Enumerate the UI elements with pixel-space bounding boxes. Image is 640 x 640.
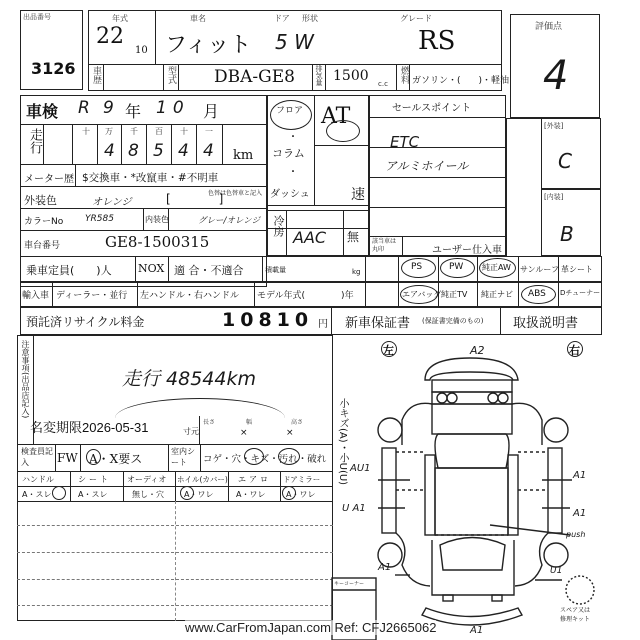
model-code: DBA-GE8 (214, 67, 295, 87)
part-value-1: A・スレ (78, 489, 107, 500)
interior-seat-options: コゲ・穴・キズ・汚れ・破れ (203, 451, 326, 465)
nox-options: 適 合・不適合 (174, 262, 244, 278)
displacement-value: 1500 (333, 68, 369, 84)
mileage-digit-2: 8 (128, 141, 139, 161)
lot-number: 3126 (31, 59, 76, 78)
exterior-grade-box: [外装] C (541, 118, 601, 189)
car-name: フィット (165, 28, 251, 59)
mileage-unit: km (233, 148, 253, 163)
month-value: 10 (135, 45, 148, 56)
fuel-options: ガソリン・( )・軽油 (412, 73, 509, 86)
interior-grade-box: [内装] B (541, 189, 601, 256)
width-label: 幅 (246, 417, 252, 426)
equip-pw: PW (449, 262, 463, 272)
interior-seat-label: 室内シート (171, 446, 199, 468)
part-value-4: A・ワレ (236, 489, 265, 500)
handle-options: 左ハンドル・右ハンドル (140, 288, 239, 301)
dot2: ・ (288, 163, 298, 178)
lot-box: 出品番号 3126 (20, 10, 83, 90)
sales-point-2: アルミホイール (385, 157, 468, 174)
displacement-label: 排気量 (314, 65, 324, 86)
sales-points-label: セールスポイント (392, 99, 471, 114)
fw-label: FW (57, 451, 78, 465)
mark-left-front-door: AU1 (350, 463, 371, 474)
year-value: 22 (96, 24, 124, 49)
car-diagram (330, 330, 640, 640)
interior-color-label: 内装色 (145, 214, 169, 225)
mileage-digit-1: 4 (104, 141, 115, 161)
equip-leather: 革シート (561, 264, 593, 275)
dealer-options: ディーラー・並行 (56, 288, 127, 301)
color-change-note: 色替は色替車と記入 (208, 190, 264, 198)
column-label: コラム (272, 145, 305, 161)
part-value-0: A・スレ (22, 489, 51, 500)
import-label: 輸入車 (22, 288, 49, 301)
manual-label: 取扱説明書 (513, 312, 578, 331)
interior-grade: B (560, 222, 574, 246)
score-box: 評価点 4 (510, 14, 600, 118)
notes-handwritten: 走行 48544km (122, 364, 256, 391)
mileage-place-2: 千 (130, 126, 138, 137)
model-year: モデル年式( )年 (257, 288, 354, 301)
score-value: 4 (543, 53, 568, 99)
applicable-label: 該当車は丸印 (372, 238, 400, 254)
length-label: 長さ (203, 417, 215, 426)
transmission-circle (326, 120, 360, 142)
seat-scratch-circle (244, 448, 264, 465)
mark-rear: A1 (470, 625, 483, 636)
mileage-place-1: 万 (105, 126, 113, 137)
grade-value: RS (418, 26, 455, 56)
dot: ・ (288, 128, 298, 143)
doors-body: 5 W (275, 30, 314, 54)
inspection-era: R (78, 98, 90, 118)
recycle-unit: 円 (318, 315, 328, 330)
exterior-grade: C (558, 149, 572, 173)
inspector-label: 検査員記入 (21, 446, 53, 468)
mark-left-rear-door: U A1 (342, 503, 366, 514)
ac-label: 冷房 (270, 215, 286, 237)
doors-label: ドア (274, 13, 290, 24)
sales-points-block (369, 95, 506, 256)
dims-label: 寸元 (183, 426, 199, 437)
nox-label: NOX (138, 262, 164, 275)
exterior-grade-label: [外装] (544, 121, 563, 131)
grade-label: グレード (400, 13, 432, 24)
meter-label: メーター歴 (24, 170, 74, 185)
part-name-3: ホイル(カバー) (177, 474, 228, 485)
part-name-4: エアロ (238, 474, 271, 485)
recycle-label: 預託済リサイクル料金 (26, 313, 144, 330)
floor-label: フロア (276, 103, 303, 116)
mark-right-rear: U1 (550, 566, 562, 576)
spare-label: スペア又は修理キット (560, 606, 594, 624)
exterior-color-label: 外装色 (24, 192, 57, 208)
dims-sep-2: × (286, 428, 294, 438)
equip-dtuner: Dチューナー (560, 288, 600, 298)
mark-right-front-door: A1 (573, 470, 586, 481)
warranty-label: 新車保証書 (345, 312, 410, 331)
mileage-place-3: 百 (155, 126, 163, 137)
car-name-label: 車名 (190, 13, 206, 24)
inspection-month-unit: 月 (203, 99, 219, 122)
part-name-1: シート (78, 474, 111, 485)
mileage-digit-3: 5 (153, 141, 164, 161)
exterior-color-value: オレンジ (92, 193, 132, 208)
key-corner-label: キーコーナー (334, 580, 364, 587)
ac-none-label: 無 (347, 228, 359, 245)
equip-airbag: エアバッグ (402, 289, 441, 300)
recycle-amount: 10810 (222, 309, 313, 331)
mileage-digit-4: 4 (178, 141, 189, 161)
ac-value: AAC (293, 228, 326, 247)
wheel-circle (180, 486, 194, 500)
part-name-2: オーディオ (127, 474, 166, 485)
interior-color-value: グレー/オレンジ (198, 214, 260, 226)
handle-circle (52, 486, 66, 500)
chassis-label: 車台番号 (24, 238, 60, 251)
inspection-label: 車検 (26, 99, 58, 122)
inspection-month: 10 (156, 98, 190, 118)
inspection-year-unit: 年 (125, 99, 141, 122)
dash-label: ダッシュ (270, 185, 310, 200)
speed-label: 速 (351, 184, 365, 204)
mark-right-rear-fender: push (566, 530, 585, 539)
sales-point-1: ETC (390, 133, 419, 151)
color-no-label: カラーNo (24, 214, 63, 227)
displacement-unit: c.c (378, 80, 388, 88)
part-name-0: ハンドル (22, 474, 54, 485)
mileage-place-5: 一 (205, 126, 213, 137)
color-no-value: YR585 (85, 214, 114, 224)
name-change-deadline: 名変期限2026-05-31 (30, 417, 149, 436)
load-unit: kg (352, 268, 361, 276)
equip-navi: 純正ナビ (481, 289, 513, 300)
interior-grade-label: [内装] (544, 192, 563, 202)
mark-left-rear: A1 (378, 562, 391, 573)
fw-options: A・X要ス (89, 450, 142, 467)
dims-sep-1: × (240, 428, 248, 438)
year-label: 年式 (112, 13, 128, 24)
body-label: 形状 (302, 13, 318, 24)
chassis-number: GE8-1500315 (105, 233, 209, 251)
model-label: 型式 (165, 66, 178, 84)
meter-options: $交換車・*改竄車・#不明車 (82, 170, 218, 185)
height-label: 高さ (291, 417, 303, 426)
warranty-note: (保証書完備のもの) (422, 316, 483, 326)
part-value-2: 無し・穴 (132, 489, 164, 500)
equip-tv: 純正TV (441, 289, 467, 300)
watermark: www.CarFromJapan.com Ref: CFJ2665062 (185, 620, 436, 635)
part-name-5: ドアミラー (283, 474, 320, 485)
score-label: 評価点 (535, 19, 562, 32)
mileage-place-0: 十 (82, 126, 90, 137)
mirror-circle (282, 486, 296, 500)
equip-ps: PS (411, 262, 422, 272)
capacity-label: 乗車定員( )人 (26, 262, 112, 278)
history-label: 車歴 (90, 66, 103, 84)
lot-label: 出品番号 (23, 12, 51, 22)
mileage-label: 走行 (25, 128, 44, 154)
equip-aw: 純正AW (482, 262, 511, 273)
seat-dirt-circle (278, 448, 300, 465)
mileage-digit-5: 4 (203, 141, 214, 161)
load-label: 積載量 (265, 265, 286, 275)
equip-sunroof: サンルーフ (520, 264, 559, 275)
mark-front: A2 (470, 344, 485, 357)
inspection-year: 9 (103, 98, 114, 118)
notes-label: 注意事項(出品店記入) (20, 340, 31, 418)
equip-abs: ABS (528, 289, 546, 299)
mark-right-rear-door: A1 (573, 508, 586, 519)
mileage-place-4: 十 (180, 126, 188, 137)
user-purchase-label: ユーザー仕入車 (432, 241, 502, 256)
